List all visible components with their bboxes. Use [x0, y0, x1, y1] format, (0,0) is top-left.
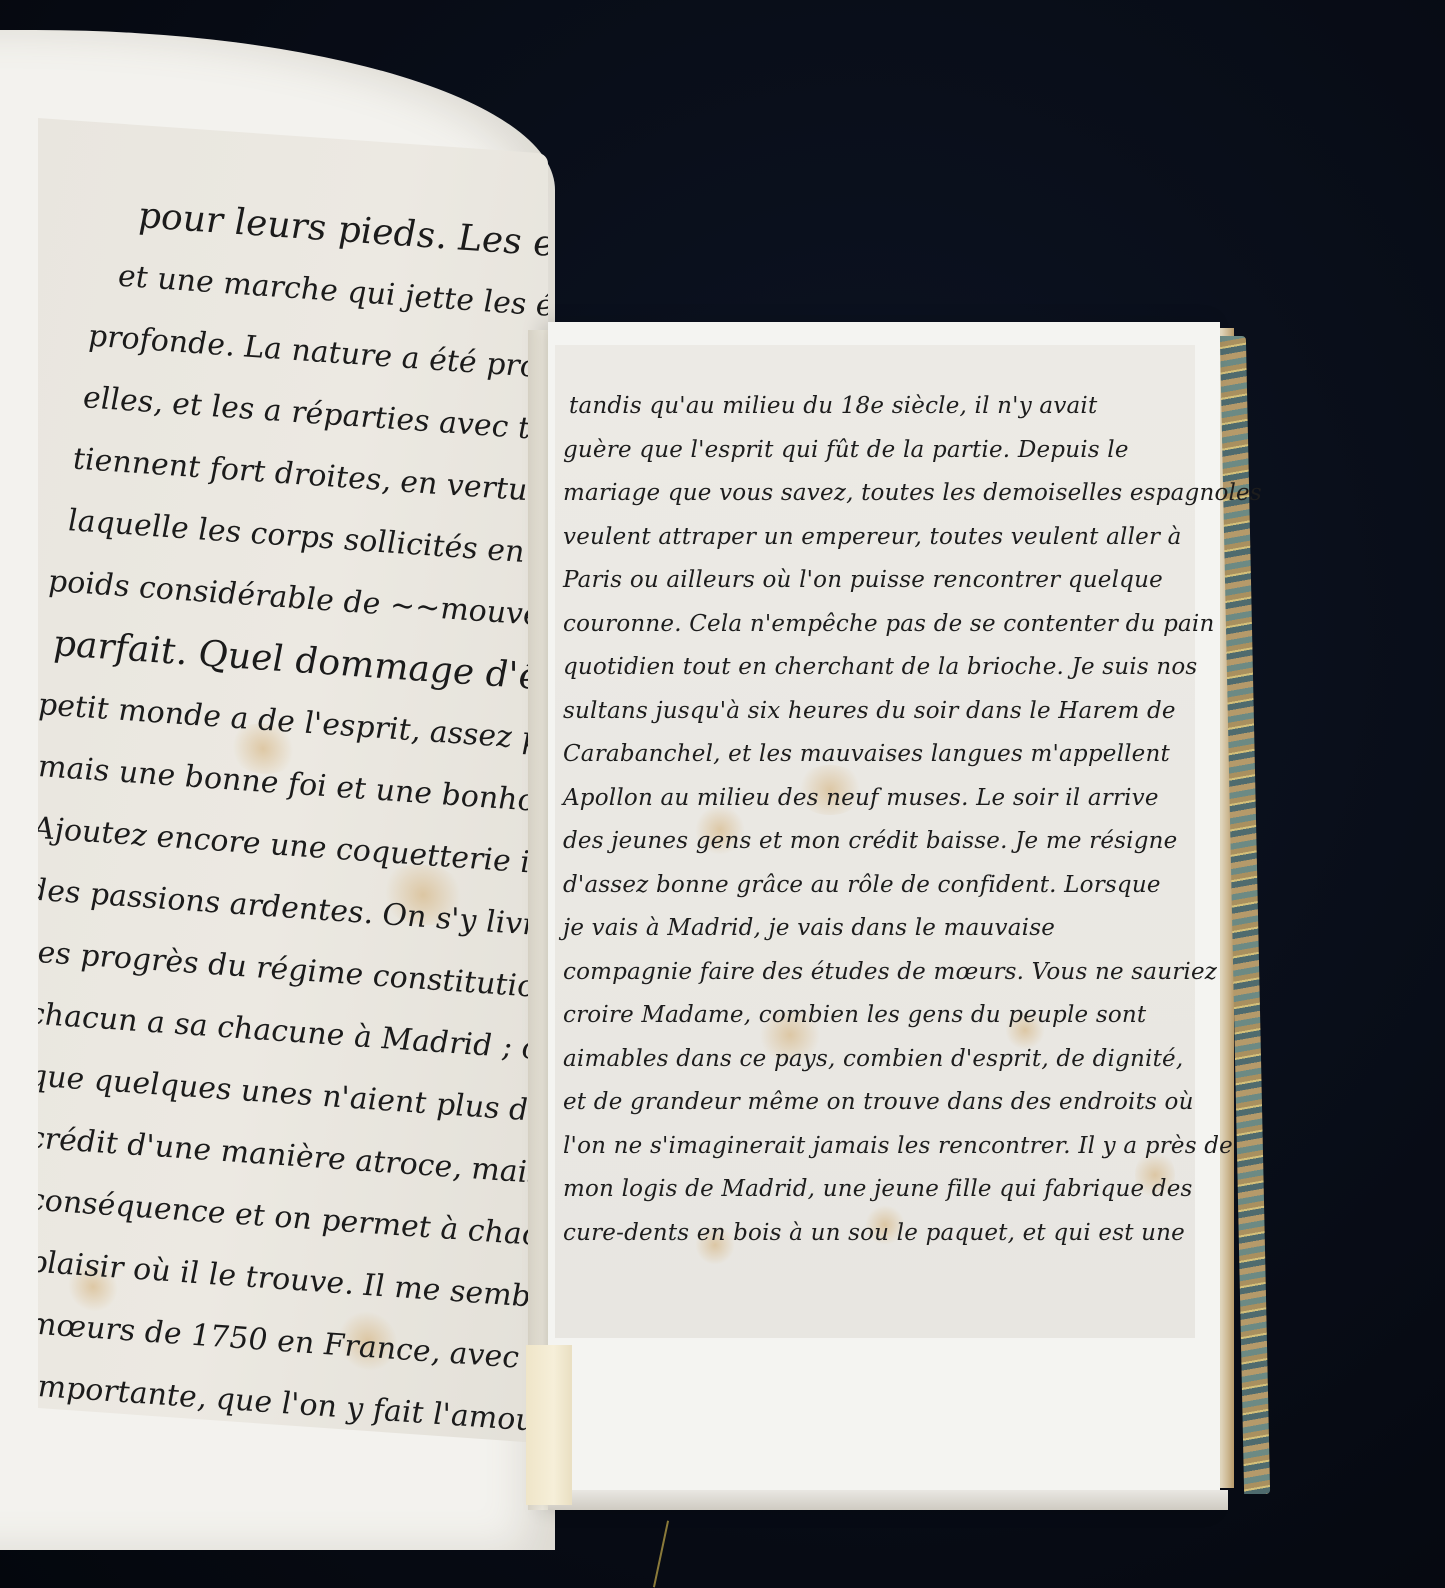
- handwritten-line: aimables dans ce pays, combien d'esprit,…: [563, 1038, 1189, 1082]
- handwritten-line: mariage que vous savez, toutes les demoi…: [563, 472, 1189, 516]
- tissue-guard-flap: [526, 1345, 572, 1505]
- handwritten-line: l'on ne s'imaginerait jamais les rencont…: [563, 1125, 1189, 1169]
- page-bottom-edge: [548, 1490, 1228, 1510]
- handwritten-line: Apollon au milieu des neuf muses. Le soi…: [563, 777, 1189, 821]
- handwritten-line: Carabanchel, et les mauvaises langues m'…: [563, 733, 1189, 777]
- handwritten-line: compagnie faire des études de mœurs. Vou…: [563, 951, 1189, 995]
- left-handwriting: pour leurs pieds. Les espagnoles ont une…: [38, 177, 548, 1443]
- handwritten-line: quotidien tout en cherchant de la brioch…: [563, 646, 1189, 690]
- handwritten-line: tandis qu'au milieu du 18e siècle, il n'…: [563, 385, 1189, 429]
- handwritten-line: d'assez bonne grâce au rôle de confident…: [563, 864, 1189, 908]
- right-facsimile-sheet: tandis qu'au milieu du 18e siècle, il n'…: [555, 345, 1195, 1338]
- handwritten-line: je vais à Madrid, je vais dans le mauvai…: [563, 907, 1189, 951]
- handwritten-line: mon logis de Madrid, une jeune fille qui…: [563, 1168, 1189, 1212]
- bookmark-thread: [653, 1521, 669, 1588]
- handwritten-line: guère que l'esprit qui fût de la partie.…: [563, 429, 1189, 473]
- handwritten-line: croire Madame, combien les gens du peupl…: [563, 994, 1189, 1038]
- handwritten-line: sultans jusqu'à six heures du soir dans …: [563, 690, 1189, 734]
- handwritten-line: couronne. Cela n'empêche pas de se conte…: [563, 603, 1189, 647]
- handwritten-line: cure-dents en bois à un sou le paquet, e…: [563, 1212, 1189, 1256]
- handwritten-line: Paris ou ailleurs où l'on puisse rencont…: [563, 559, 1189, 603]
- right-handwriting: tandis qu'au milieu du 18e siècle, il n'…: [563, 385, 1189, 1255]
- handwritten-line: des jeunes gens et mon crédit baisse. Je…: [563, 820, 1189, 864]
- left-facsimile-sheet: pour leurs pieds. Les espagnoles ont une…: [38, 118, 548, 1444]
- handwritten-line: veulent attraper un empereur, toutes veu…: [563, 516, 1189, 560]
- photo-scene: pour leurs pieds. Les espagnoles ont une…: [0, 0, 1445, 1588]
- handwritten-line: et de grandeur même on trouve dans des e…: [563, 1081, 1189, 1125]
